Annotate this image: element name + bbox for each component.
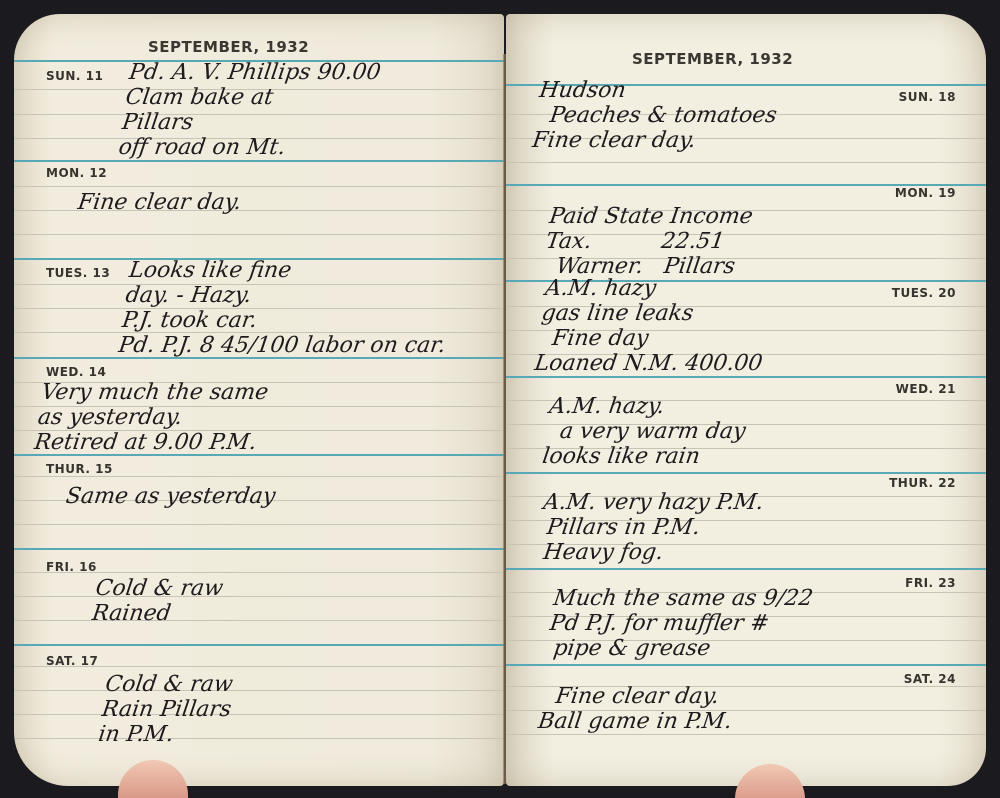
left-page: SEPTEMBER, 1932 SUN. 11 Pd. A. V. [14,14,504,786]
rule [14,738,504,739]
day-label: FRI. 23 [905,576,956,590]
diary-entry: Same as yesterday [64,484,277,509]
diary-entry: Pd. A. V. Phillips 90.00 Clam bake at Pi… [117,60,382,160]
day-divider [14,548,504,550]
day-label: FRI. 16 [46,560,97,574]
day-label: SUN. 11 [46,69,103,83]
diary-entry: A.M. hazy gas line leaks Fine day Loaned… [533,276,775,376]
rule [506,162,986,163]
rule [14,476,504,477]
diary-entry: A.M. hazy. a very warm day looks like ra… [541,394,751,469]
rule [14,234,504,235]
rule [14,524,504,525]
right-page: SEPTEMBER, 1932 SUN. 18 Hudson Peaches &… [506,14,986,786]
diary-entry: Cold & raw Rained [90,576,224,626]
day-label: THUR. 15 [46,462,113,476]
diary-entry: Fine clear day. [76,190,243,215]
day-label: TUES. 20 [892,286,956,300]
diary-entry: Looks like fine day. - Hazy. P.J. took c… [117,258,458,358]
day-label: MON. 12 [46,166,107,180]
diary-entry: A.M. very hazy P.M. Pillars in P.M. Heav… [535,490,765,565]
rule [14,596,504,597]
rule [14,714,504,715]
rule [14,690,504,691]
day-divider [14,160,504,162]
day-divider [506,568,986,570]
diary-entry: Paid State Income Tax. 22.51 Warner. Pil… [541,204,755,279]
diary-entry: Much the same as 9/22 Pd P.J. for muffle… [545,586,815,661]
rule [14,620,504,621]
left-page-header: SEPTEMBER, 1932 [148,38,309,56]
day-label: THUR. 22 [889,476,956,490]
day-label: SAT. 24 [904,672,956,686]
day-label: TUES. 13 [46,266,110,280]
right-page-header: SEPTEMBER, 1932 [632,50,793,68]
day-divider [14,644,504,646]
day-label: SUN. 18 [899,90,956,104]
diary-entry: Very much the same as yesterday. Retired… [33,380,270,455]
day-divider [506,376,986,378]
day-divider [506,664,986,666]
rule [14,186,504,187]
day-label: WED. 14 [46,365,106,379]
day-label: WED. 21 [896,382,956,396]
diary-book: SEPTEMBER, 1932 SUN. 11 Pd. A. V. [14,14,990,790]
diary-entry: Cold & raw Rain Pillars in P.M. [97,672,237,747]
day-label: MON. 19 [895,186,956,200]
rule [506,734,986,735]
day-divider [506,472,986,474]
day-label: SAT. 17 [46,654,98,668]
diary-entry: Fine clear day. Ball game in P.M. [536,684,737,734]
diary-entry: Hudson Peaches & tomatoes Fine clear day… [531,78,782,153]
